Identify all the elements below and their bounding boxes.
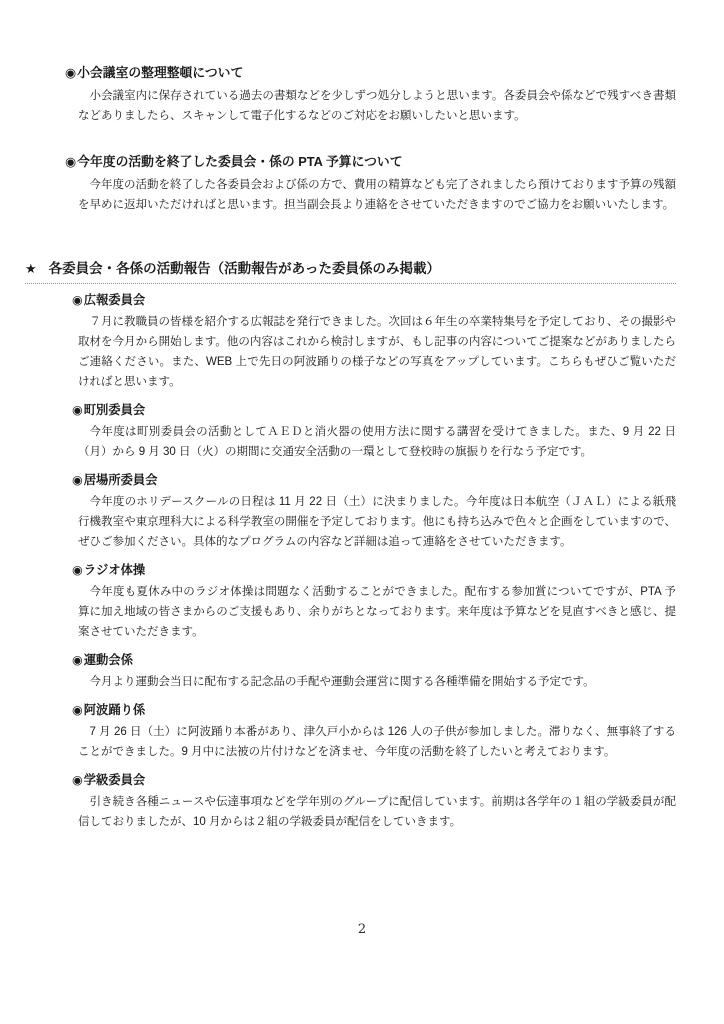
report-title: ◉阿波踊り係 <box>72 702 676 719</box>
report-title-text: 阿波踊り係 <box>84 703 146 717</box>
announcement-body: 今年度の活動を終了した各委員会および係の方で、費用の精算なども完了されましたら預… <box>78 175 676 215</box>
announcement-title: ◉小会議室の整理整頓について <box>65 64 676 81</box>
announcement-section: ◉今年度の活動を終了した委員会・係の PTA 予算について 今年度の活動を終了し… <box>65 153 676 215</box>
report-title: ◉居場所委員会 <box>72 472 676 489</box>
fisheye-bullet-icon: ◉ <box>72 293 83 307</box>
report-title-text: 広報委員会 <box>84 293 146 307</box>
fisheye-bullet-icon: ◉ <box>65 65 76 80</box>
report-body: ７月に教職員の皆様を紹介する広報誌を発行できました。次回は６年生の卒業特集号を予… <box>78 312 676 392</box>
announcement-body: 小会議室内に保存されている過去の書類などを少しずつ処分しようと思います。各委員会… <box>78 86 676 126</box>
report-title-text: 運動会係 <box>84 653 133 667</box>
star-icon: ★ <box>25 261 37 276</box>
activity-report-section-header: ★各委員会・各係の活動報告（活動報告があった委員係のみ掲載） <box>25 259 676 284</box>
activity-report-section-title: 各委員会・各係の活動報告（活動報告があった委員係のみ掲載） <box>49 261 440 276</box>
document-page: ◉小会議室の整理整頓について 小会議室内に保存されている過去の書類などを少しずつ… <box>0 0 724 1024</box>
report-item: ◉阿波踊り係 7 月 26 日（土）に阿波踊り本番があり、津久戸小からは 126… <box>65 702 676 762</box>
announcement-title-text: 小会議室の整理整頓について <box>77 65 243 80</box>
report-body: 7 月 26 日（土）に阿波踊り本番があり、津久戸小からは 126 人の子供が参… <box>78 722 676 762</box>
fisheye-bullet-icon: ◉ <box>65 154 76 169</box>
report-title-text: 学級委員会 <box>84 773 146 787</box>
report-item: ◉運動会係 今月より運動会当日に配布する記念品の手配や運動会運営に関する各種準備… <box>65 652 676 692</box>
report-body: 今月より運動会当日に配布する記念品の手配や運動会運営に関する各種準備を開始する予… <box>78 672 676 692</box>
report-body: 今年度のホリデースクールの日程は 11 月 22 日（土）に決まりました。今年度… <box>78 492 676 552</box>
announcement-title-text: 今年度の活動を終了した委員会・係の PTA 予算について <box>77 154 402 169</box>
fisheye-bullet-icon: ◉ <box>72 473 83 487</box>
report-title: ◉学級委員会 <box>72 772 676 789</box>
report-title-text: 町別委員会 <box>84 403 146 417</box>
report-body: 今年度も夏休み中のラジオ体操は問題なく活動することができました。配布する参加賞に… <box>78 582 676 642</box>
report-title-text: 居場所委員会 <box>84 473 158 487</box>
announcement-section: ◉小会議室の整理整頓について 小会議室内に保存されている過去の書類などを少しずつ… <box>65 64 676 126</box>
report-title: ◉運動会係 <box>72 652 676 669</box>
report-title: ◉町別委員会 <box>72 402 676 419</box>
report-title: ◉ラジオ体操 <box>72 562 676 579</box>
fisheye-bullet-icon: ◉ <box>72 563 83 577</box>
fisheye-bullet-icon: ◉ <box>72 653 83 667</box>
fisheye-bullet-icon: ◉ <box>72 403 83 417</box>
report-item: ◉町別委員会 今年度は町別委員会の活動としてＡＥＤと消火器の使用方法に関する講習… <box>65 402 676 462</box>
report-item: ◉学級委員会 引き続き各種ニュースや伝達事項などを学年別のグループに配信していま… <box>65 772 676 832</box>
report-title-text: ラジオ体操 <box>84 563 146 577</box>
announcement-title: ◉今年度の活動を終了した委員会・係の PTA 予算について <box>65 153 676 170</box>
fisheye-bullet-icon: ◉ <box>72 773 83 787</box>
report-body: 今年度は町別委員会の活動としてＡＥＤと消火器の使用方法に関する講習を受けてきまし… <box>78 422 676 462</box>
report-title: ◉広報委員会 <box>72 292 676 309</box>
report-item: ◉ラジオ体操 今年度も夏休み中のラジオ体操は問題なく活動することができました。配… <box>65 562 676 642</box>
page-number: 2 <box>0 922 724 937</box>
report-item: ◉居場所委員会 今年度のホリデースクールの日程は 11 月 22 日（土）に決ま… <box>65 472 676 552</box>
report-item: ◉広報委員会 ７月に教職員の皆様を紹介する広報誌を発行できました。次回は６年生の… <box>65 292 676 392</box>
page-content: ◉小会議室の整理整頓について 小会議室内に保存されている過去の書類などを少しずつ… <box>65 64 676 842</box>
report-body: 引き続き各種ニュースや伝達事項などを学年別のグループに配信しています。前期は各学… <box>78 792 676 832</box>
fisheye-bullet-icon: ◉ <box>72 703 83 717</box>
